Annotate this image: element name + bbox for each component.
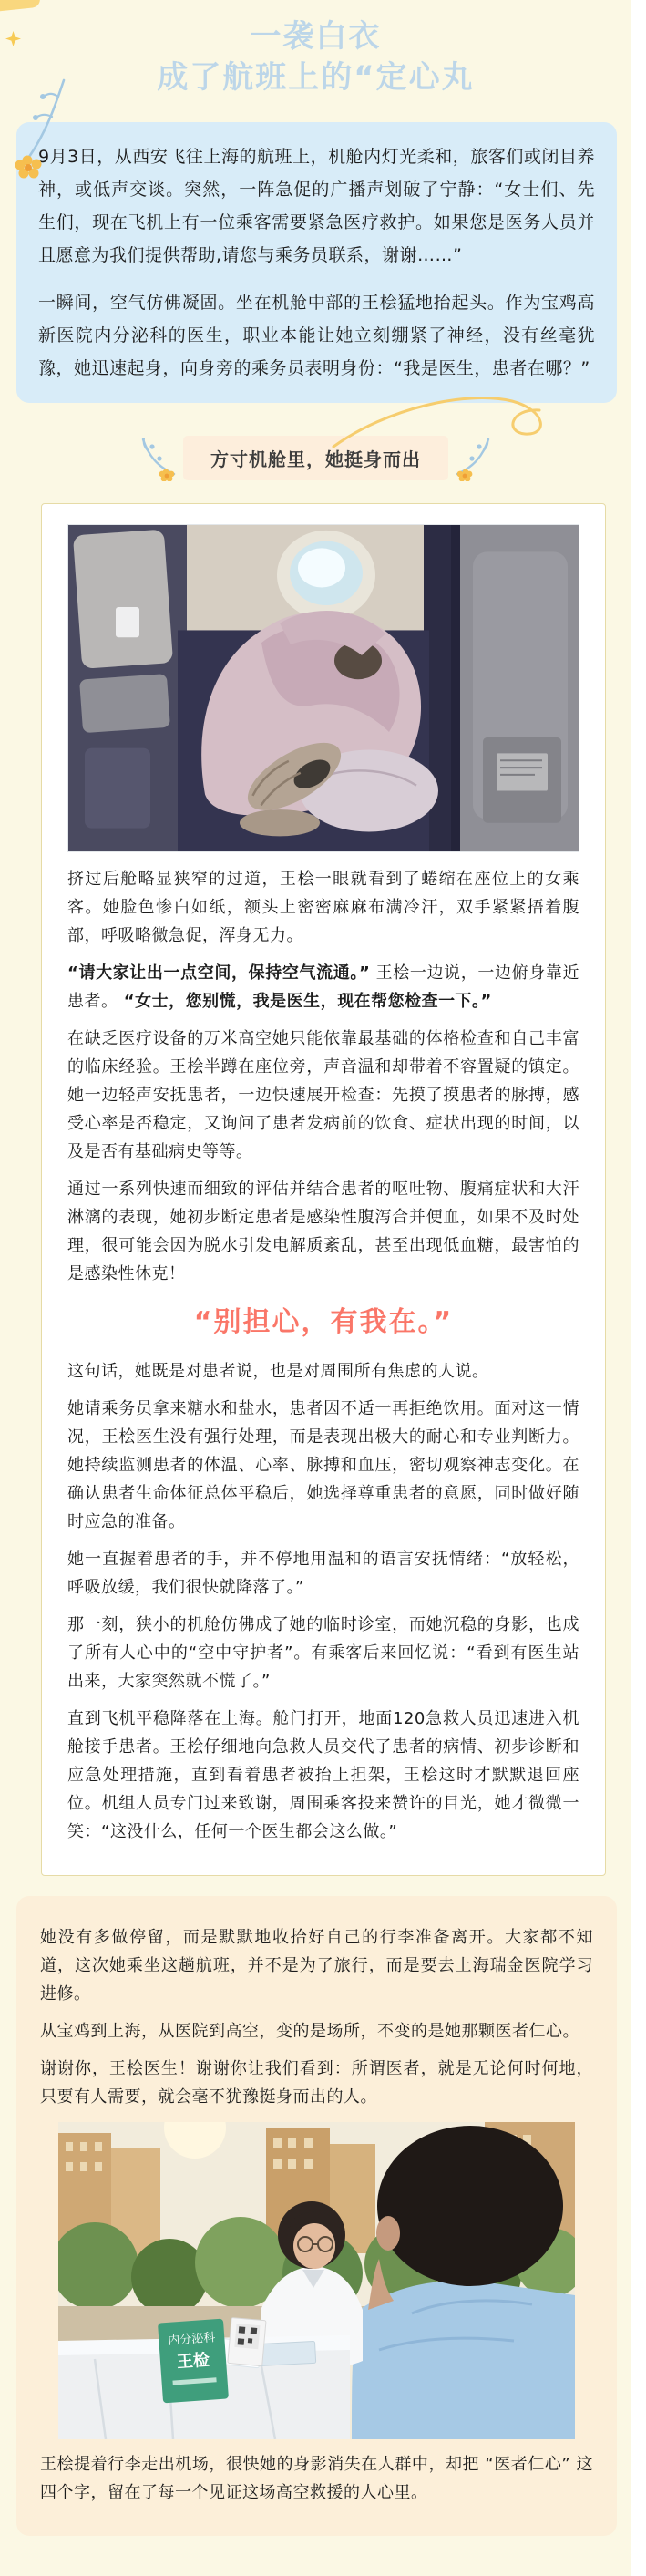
doctor-name-placard: 内分泌科 王检	[158, 2319, 229, 2404]
intro-text-box: 9月3日，从西安飞往上海的航班上，机舱内灯光柔和，旅客们或闭目养神，或低声交谈。…	[16, 122, 617, 403]
outro-box: 她没有多做停留，而是默默地收拾好自己的行李准备离开。大家都不知道，这次她乘坐这趟…	[16, 1896, 617, 2536]
airplane-cabin-photo	[67, 524, 579, 852]
qr-card	[228, 2318, 266, 2366]
story-paragraph: 直到飞机平稳降落在上海。舱门打开，地面120急救人员迅速进入机舱接手患者。王桧仔…	[67, 1705, 579, 1846]
yellow-flower-icon	[159, 469, 175, 481]
story-paragraph: 她一直握着患者的手，并不停地用温和的语言安抚情绪：“放轻松，呼吸放缓，我们很快就…	[67, 1545, 579, 1602]
story-paragraph: 那一刻，狭小的机舱仿佛成了她的临时诊室，而她沉稳的身影，也成了所有人心中的“空中…	[67, 1611, 579, 1695]
story-paragraph: 这句话，她既是对患者说，也是对周围所有焦虑的人说。	[67, 1357, 579, 1386]
placard-name-text: 王检	[176, 2350, 210, 2373]
intro-paragraph-2: 一瞬间，空气仿佛凝固。坐在机舱中部的王桧猛地抬起头。作为宝鸡高新医院内分泌科的医…	[38, 286, 595, 385]
article-header: 一袭白衣 成了航班上的“定心丸	[0, 0, 631, 98]
section-badge: 方寸机舱里，她挺身而出	[183, 436, 448, 480]
intro-paragraph-1: 9月3日，从西安飞往上海的航班上，机舱内灯光柔和，旅客们或闭目养神，或低声交谈。…	[38, 140, 595, 272]
story-card: 挤过后舱略显狭窄的过道，王桧一眼就看到了蜷缩在座位上的女乘客。她脸色惨白如纸，额…	[41, 503, 606, 1876]
story-paragraph: 她请乘务员拿来糖水和盐水，患者因不适一再拒绝饮用。面对这一情况，王桧医生没有强行…	[67, 1395, 579, 1536]
airplane-cabin-illustration	[68, 525, 579, 852]
story-paragraph-with-quotes: “请大家让出一点空间，保持空气流通。” 王桧一边说，一边俯身靠近患者。 “女士，…	[67, 959, 579, 1015]
article-page: 一袭白衣 成了航班上的“定心丸 9月3日，从西安飞往上海的航班上，机舱内灯光柔和…	[0, 0, 646, 2576]
outro-paragraph: 王桧提着行李走出机场，很快她的身影消失在人群中，却把 “医者仁心” 这四个字，留…	[40, 2450, 593, 2507]
outdoor-consultation-photo: 内分泌科 王检	[58, 2122, 575, 2439]
bold-quote-2: “女士，您别慌，我是医生，现在帮您检查一下。”	[124, 992, 492, 1011]
highlight-quote: “别担心，有我在。”	[67, 1304, 579, 1341]
page-title-line2: 成了航班上的“定心丸	[0, 57, 631, 98]
page-title-line1: 一袭白衣	[0, 16, 631, 57]
laurel-right-icon	[454, 434, 496, 481]
laurel-left-icon	[136, 434, 178, 481]
section-badge-row: 方寸机舱里，她挺身而出	[0, 434, 631, 481]
bold-quote-1: “请大家让出一点空间，保持空气流通。”	[67, 963, 370, 983]
outdoor-consultation-illustration: 内分泌科 王检	[58, 2122, 575, 2439]
article-content-column: 一袭白衣 成了航班上的“定心丸 9月3日，从西安飞往上海的航班上，机舱内灯光柔和…	[0, 0, 631, 2576]
outro-paragraph: 谢谢你，王桧医生！谢谢你让我们看到：所谓医者，就是无论何时何地，只要有人需要，就…	[40, 2055, 593, 2111]
story-paragraph: 通过一系列快速而细致的评估并结合患者的呕吐物、腹痛症状和大汗淋漓的表现，她初步断…	[67, 1175, 579, 1288]
yellow-flower-icon	[457, 469, 473, 481]
story-paragraph: 在缺乏医疗设备的万米高空她只能依靠最基础的体格检查和自己丰富的临床经验。王桧半蹲…	[67, 1025, 579, 1166]
outro-paragraph: 她没有多做停留，而是默默地收拾好自己的行李准备离开。大家都不知道，这次她乘坐这趟…	[40, 1923, 593, 2008]
outro-paragraph: 从宝鸡到上海，从医院到高空，变的是场所，不变的是她那颗医者仁心。	[40, 2017, 593, 2045]
story-paragraph: 挤过后舱略显狭窄的过道，王桧一眼就看到了蜷缩在座位上的女乘客。她脸色惨白如纸，额…	[67, 865, 579, 950]
